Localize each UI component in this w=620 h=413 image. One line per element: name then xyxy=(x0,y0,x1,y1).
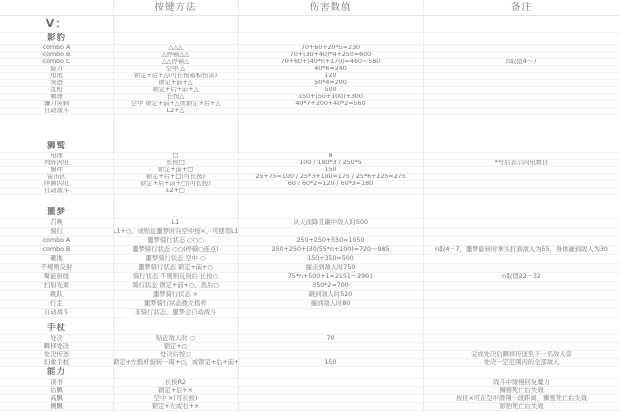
move-damage xyxy=(238,403,423,410)
move-keys: 贴近敌人时 ○ xyxy=(113,335,238,342)
table-row: 俯冲锁定+前+□150 xyxy=(0,167,620,174)
move-note xyxy=(423,45,620,51)
move-keys: 噩梦骑行状态 ○○○ xyxy=(113,237,238,245)
move-keys: 锁定+前+□ xyxy=(113,167,238,173)
section-header-empty-notes xyxy=(423,141,620,152)
table-body: 影豹combo A△△△70+60+20*5=230combo B△停顿△△70… xyxy=(0,33,620,411)
move-damage: 250+250+(30/55*n+100)=720～985 xyxy=(238,246,423,254)
table-row: 镰刀突刺空中 锁定+前+△或锁定+后+△40*7+200+40*2=560 xyxy=(0,101,620,108)
move-note: 完成处决后瞬移传送至下一名敌人旁 xyxy=(423,351,620,358)
table-row: combo B噩梦骑行状态 ○○(停顿○连点)250+250+(30/55*n+… xyxy=(0,246,620,255)
move-note xyxy=(423,108,620,114)
section-header-empty-keys xyxy=(113,367,238,378)
title-row-empty-damage xyxy=(238,16,423,32)
move-keys: 骑行状态 不规则反射后 长按○ xyxy=(113,273,238,281)
table-row: 自动战斗L2+△ xyxy=(0,108,620,115)
move-label: 甩尾 xyxy=(0,73,113,79)
section-header-row: 能力 xyxy=(0,367,620,379)
section-header-row: 狮鹫 xyxy=(0,141,620,153)
move-damage xyxy=(238,379,423,386)
move-note xyxy=(423,343,620,350)
column-header-damage: 伤害数值 xyxy=(238,0,423,15)
move-keys: 锁定+后+前+□(可长按) xyxy=(113,181,238,187)
move-keys: 锁定+后+× xyxy=(113,387,238,394)
move-label: 读书 xyxy=(0,379,113,386)
table-row: 处决贴近敌人时 ○70 xyxy=(0,335,620,343)
table-row: 后飘锁定+后+×狮鹫死亡后失效 xyxy=(0,387,620,395)
section-header-empty-notes xyxy=(423,207,620,218)
move-label: 刺球 xyxy=(0,94,113,100)
move-label: 镰刀突刺 xyxy=(0,101,113,107)
move-note: 处决一定范围内的全部敌人 xyxy=(423,359,620,366)
move-keys: 噩梦骑行状态 空中 ○ xyxy=(113,255,238,263)
section-header-empty-damage xyxy=(238,207,423,218)
section-header-row: 影豹 xyxy=(0,33,620,45)
move-keys: 长按□ xyxy=(113,160,238,166)
move-note xyxy=(423,167,620,173)
column-header-keys: 按键方法 xyxy=(113,0,238,15)
move-damage xyxy=(238,387,423,394)
move-note xyxy=(423,291,620,299)
table-row: 跳跃噩梦骑行状态 ×砸到敌人时520 xyxy=(0,291,620,300)
move-note xyxy=(423,335,620,342)
section-header-empty-keys xyxy=(113,33,238,44)
title-row-empty-notes xyxy=(423,16,620,32)
movelist-sheet: 按键方法 伤害数值 备注 V： 影豹combo A△△△70+60+20*5=2… xyxy=(0,0,620,413)
column-header-row: 按键方法 伤害数值 备注 xyxy=(0,0,620,16)
section-header-empty-keys xyxy=(113,141,238,152)
move-note: n取值4～7 xyxy=(423,59,620,65)
move-label: 乱枪 xyxy=(0,87,113,93)
move-note xyxy=(423,188,620,194)
section-header-empty-notes xyxy=(423,367,620,378)
move-note: 狮鹫死亡后失效 xyxy=(423,387,620,394)
move-note xyxy=(423,52,620,58)
section-header-row: 手杖 xyxy=(0,323,620,335)
section: 手杖处决贴近敌人时 ○70瞬移处决锁定+○处决传送处决后按○完成处决后瞬移传送至… xyxy=(0,323,620,367)
move-damage: 40*6=240 xyxy=(238,66,423,72)
move-note: 按住×可在空中滑翔一段距离，狮鹫死亡后失效 xyxy=(423,395,620,402)
move-damage xyxy=(238,343,423,350)
move-note xyxy=(423,66,620,72)
move-damage: 70+60+(40*n+170)=460～580 xyxy=(238,59,423,65)
column-header-empty xyxy=(0,0,113,15)
table-row: 甩尾锁定+后+△(可长按蓄积伤害)120 xyxy=(0,73,620,80)
move-damage: 100 / 180*3 / 250*5 xyxy=(238,160,423,166)
section: 影豹combo A△△△70+60+20*5=230combo B△停顿△△70… xyxy=(0,33,620,115)
table-row: 雷击区锁定+后+□(可长按)25+75=100 / 25*3+100=175 /… xyxy=(0,174,620,181)
move-note: n取值22－32 xyxy=(423,273,620,281)
move-keys: 长按△ xyxy=(113,94,238,100)
table-row: 不规则反射噩梦骑行状态 锁定+前+○撞击到敌人时750 xyxy=(0,264,620,273)
move-keys: L1+○，或贴近噩梦时在空中按×，可使用L1+×解除骑行 xyxy=(113,228,238,236)
table-row: 绊倒闪电锁定+后+前+□(可长按)60 / 60*2=120 / 60*3=18… xyxy=(0,181,620,188)
move-label: 俯冲 xyxy=(0,167,113,173)
move-damage: 40*7+200+40*2=560 xyxy=(238,101,423,107)
section-header-empty-keys xyxy=(113,323,238,334)
move-keys: □ xyxy=(113,153,238,159)
move-damage: 350*2=700 xyxy=(238,282,423,290)
table-row: 扫射光束骑行状态 锁定+前+○，然后○350*2=700 xyxy=(0,282,620,291)
move-label: 自动战斗 xyxy=(0,188,113,194)
table-row: 自动战斗非骑行状态，噩梦会自动战斗 xyxy=(0,309,620,318)
move-keys: 非骑行状态，噩梦会自动战斗 xyxy=(113,309,238,317)
character-title-row: V： xyxy=(0,16,620,33)
move-keys: △停顿△△ xyxy=(113,52,238,58)
move-note: 战斗中缓慢回复魔力 xyxy=(423,379,620,386)
table-row: 处决传送处决后按○完成处决后瞬移传送至下一名敌人旁 xyxy=(0,351,620,359)
table-row: 聚能射线骑行状态 不规则反射后 长按○75*n+500+1=2151～2901n… xyxy=(0,273,620,282)
move-note xyxy=(423,309,620,317)
table-row: 高飘空中 ×(可长按)按住×可在空中滑翔一段距离，狮鹫死亡后失效 xyxy=(0,395,620,403)
move-note xyxy=(423,174,620,180)
title-row-empty-keys xyxy=(113,16,238,32)
move-damage: 8 xyxy=(238,153,423,159)
move-label: 处决传送 xyxy=(0,351,113,358)
move-label: 自动战斗 xyxy=(0,309,113,317)
move-label: 高飘 xyxy=(0,395,113,402)
move-note xyxy=(423,87,620,93)
move-damage: 撞到敌人时80 xyxy=(238,300,423,308)
move-keys: 锁定+前+△ xyxy=(113,80,238,86)
move-damage xyxy=(238,309,423,317)
move-damage: 150 xyxy=(238,359,423,366)
move-damage xyxy=(238,395,423,402)
move-keys: 噩梦骑行状态 锁定+前+○ xyxy=(113,264,238,272)
section-name: 能力 xyxy=(0,367,113,378)
table-row: 列阵闪电长按□100 / 180*3 / 250*5*号后表示闪电数目 xyxy=(0,160,620,167)
move-note xyxy=(423,282,620,290)
move-keys: 锁定+○ xyxy=(113,343,238,350)
move-damage: 50*4=200 xyxy=(238,80,423,86)
move-label: combo A xyxy=(0,45,113,51)
move-keys: 锁定+后+前+△ xyxy=(113,87,238,93)
move-keys: 骑行状态 锁定+前+○，然后○ xyxy=(113,282,238,290)
move-keys: 锁定+后+△(可长按蓄积伤害) xyxy=(113,73,238,79)
section-header-empty-notes xyxy=(423,323,620,334)
move-keys: 空中 锁定+前+△或锁定+后+△ xyxy=(113,101,238,107)
move-note: *号后表示闪电数目 xyxy=(423,160,620,166)
move-label: combo B xyxy=(0,52,113,58)
table-row: combo A噩梦骑行状态 ○○○250+250+550=1050 xyxy=(0,237,620,246)
section: 能力读书长按R2战斗中缓慢回复魔力后飘锁定+后+×狮鹫死亡后失效高飘空中 ×(可… xyxy=(0,367,620,411)
table-row: combo B△停顿△△70+(30+40)*4+250=600 xyxy=(0,52,620,59)
move-label: 突进 xyxy=(0,80,113,86)
section-header-empty-damage xyxy=(238,323,423,334)
move-label: 骑行 xyxy=(0,228,113,236)
move-damage: 撞击到敌人时750 xyxy=(238,264,423,272)
table-row: 电球□8 xyxy=(0,153,620,160)
move-label: 旋刀 xyxy=(0,66,113,72)
move-damage: 250+250+550=1050 xyxy=(238,237,423,245)
table-row: 召唤L1从天而降且砸中敌人时500 xyxy=(0,219,620,228)
move-label: 砸地 xyxy=(0,255,113,263)
move-label: 不规则反射 xyxy=(0,264,113,272)
move-label: 电球 xyxy=(0,153,113,159)
move-label: 侧飘 xyxy=(0,403,113,410)
move-damage xyxy=(238,188,423,194)
move-damage: 从天而降且砸中敌人时500 xyxy=(238,219,423,227)
move-damage: 70+(30+40)*4+250=600 xyxy=(238,52,423,58)
move-note: n取4－7，噩梦旋转时拳头打到敌人为55，身体碰到敌人为30 xyxy=(423,246,620,254)
move-keys: △△△ xyxy=(113,45,238,51)
table-row: 瞬移处决锁定+○ xyxy=(0,343,620,351)
section-header-empty-damage xyxy=(238,33,423,44)
table-row: 突进锁定+前+△50*4=200 xyxy=(0,80,620,87)
section-name: 噩梦 xyxy=(0,207,113,218)
move-note xyxy=(423,80,620,86)
column-header-notes: 备注 xyxy=(423,0,620,15)
move-keys: 噩梦骑行状态 ○○(停顿○连点) xyxy=(113,246,238,254)
move-damage: 120 xyxy=(238,73,423,79)
section: 噩梦召唤L1从天而降且砸中敌人时500骑行L1+○，或贴近噩梦时在空中按×，可使… xyxy=(0,207,620,318)
table-row: 旋刀空中 △40*6=240 xyxy=(0,66,620,73)
move-label: 瞬移处决 xyxy=(0,343,113,350)
move-label: 扫射光束 xyxy=(0,282,113,290)
move-damage xyxy=(238,351,423,358)
table-row: 行走噩梦骑行状态拨左摇杆撞到敌人时80 xyxy=(0,300,620,309)
move-label: 召唤 xyxy=(0,219,113,227)
character-title: V： xyxy=(0,16,113,32)
move-damage: 500 xyxy=(238,87,423,93)
move-keys: 空中 △ xyxy=(113,66,238,72)
move-label: 幻象手杖 xyxy=(0,359,113,366)
table-row: 读书长按R2战斗中缓慢回复魔力 xyxy=(0,379,620,387)
move-keys: 锁定+左或右+× xyxy=(113,403,238,410)
move-note xyxy=(423,228,620,236)
move-damage: 150 xyxy=(238,167,423,173)
move-keys: 噩梦骑行状态 × xyxy=(113,291,238,299)
move-note xyxy=(423,73,620,79)
move-keys: L2+△ xyxy=(113,108,238,114)
move-note xyxy=(423,219,620,227)
table-row: combo C△△停顿△70+60+(40*n+170)=460～580n取值4… xyxy=(0,59,620,66)
move-label: 自动战斗 xyxy=(0,108,113,114)
move-note xyxy=(423,237,620,245)
move-note xyxy=(423,94,620,100)
move-damage: 70 xyxy=(238,335,423,342)
section: 狮鹫电球□8列阵闪电长按□100 / 180*3 / 250*5*号后表示闪电数… xyxy=(0,141,620,195)
section-header-empty-damage xyxy=(238,141,423,152)
move-damage: 75*n+500+1=2151～2901 xyxy=(238,273,423,281)
section-name: 狮鹫 xyxy=(0,141,113,152)
move-damage: 60 / 60*2=120 / 60*3=180 xyxy=(238,181,423,187)
section-header-empty-notes xyxy=(423,33,620,44)
move-damage: 25+75=100 / 25*3+100=175 / 25*6+125=275 xyxy=(238,174,423,180)
move-note xyxy=(423,153,620,159)
move-label: 行走 xyxy=(0,300,113,308)
move-label: combo C xyxy=(0,59,113,65)
move-label: 绊倒闪电 xyxy=(0,181,113,187)
section-header-row: 噩梦 xyxy=(0,207,620,219)
move-keys: 处决后按○ xyxy=(113,351,238,358)
move-label: 聚能射线 xyxy=(0,273,113,281)
move-damage xyxy=(238,108,423,114)
move-label: combo A xyxy=(0,237,113,245)
table-row: 乱枪锁定+后+前+△500 xyxy=(0,87,620,94)
move-damage: 砸到敌人时520 xyxy=(238,291,423,299)
move-damage: 150+350=500 xyxy=(238,255,423,263)
table-row: 刺球长按△150+(50+100)+300 xyxy=(0,94,620,101)
move-damage: 150+(50+100)+300 xyxy=(238,94,423,100)
table-row: 幻象手杖锁定+左摇杆旋转一周+○，或锁定+后+前+○150处决一定范围内的全部敌… xyxy=(0,359,620,367)
move-label: 处决 xyxy=(0,335,113,342)
table-row: combo A△△△70+60+20*5=230 xyxy=(0,45,620,52)
move-keys: 空中 ×(可长按) xyxy=(113,395,238,402)
move-note xyxy=(423,255,620,263)
table-row: 自动战斗L2+□ xyxy=(0,188,620,195)
table-row: 骑行L1+○，或贴近噩梦时在空中按×，可使用L1+×解除骑行 xyxy=(0,228,620,237)
table-row: 侧飘锁定+左或右+×影豹死亡后失效 xyxy=(0,403,620,411)
section-header-empty-keys xyxy=(113,207,238,218)
move-keys: 锁定+后+□(可长按) xyxy=(113,174,238,180)
move-note xyxy=(423,181,620,187)
section-name: 手杖 xyxy=(0,323,113,334)
move-note: 影豹死亡后失效 xyxy=(423,403,620,410)
move-keys: 长按R2 xyxy=(113,379,238,386)
section-name: 影豹 xyxy=(0,33,113,44)
move-keys: △△停顿△ xyxy=(113,59,238,65)
move-keys: L2+□ xyxy=(113,188,238,194)
move-keys: 锁定+左摇杆旋转一周+○，或锁定+后+前+○ xyxy=(113,359,238,366)
move-damage xyxy=(238,228,423,236)
move-keys: L1 xyxy=(113,219,238,227)
move-label: 跳跃 xyxy=(0,291,113,299)
move-label: combo B xyxy=(0,246,113,254)
move-keys: 噩梦骑行状态拨左摇杆 xyxy=(113,300,238,308)
move-note xyxy=(423,300,620,308)
move-note xyxy=(423,264,620,272)
table-row: 砸地噩梦骑行状态 空中 ○150+350=500 xyxy=(0,255,620,264)
move-label: 后飘 xyxy=(0,387,113,394)
section-header-empty-damage xyxy=(238,367,423,378)
move-label: 列阵闪电 xyxy=(0,160,113,166)
move-note xyxy=(423,101,620,107)
move-damage: 70+60+20*5=230 xyxy=(238,45,423,51)
move-label: 雷击区 xyxy=(0,174,113,180)
